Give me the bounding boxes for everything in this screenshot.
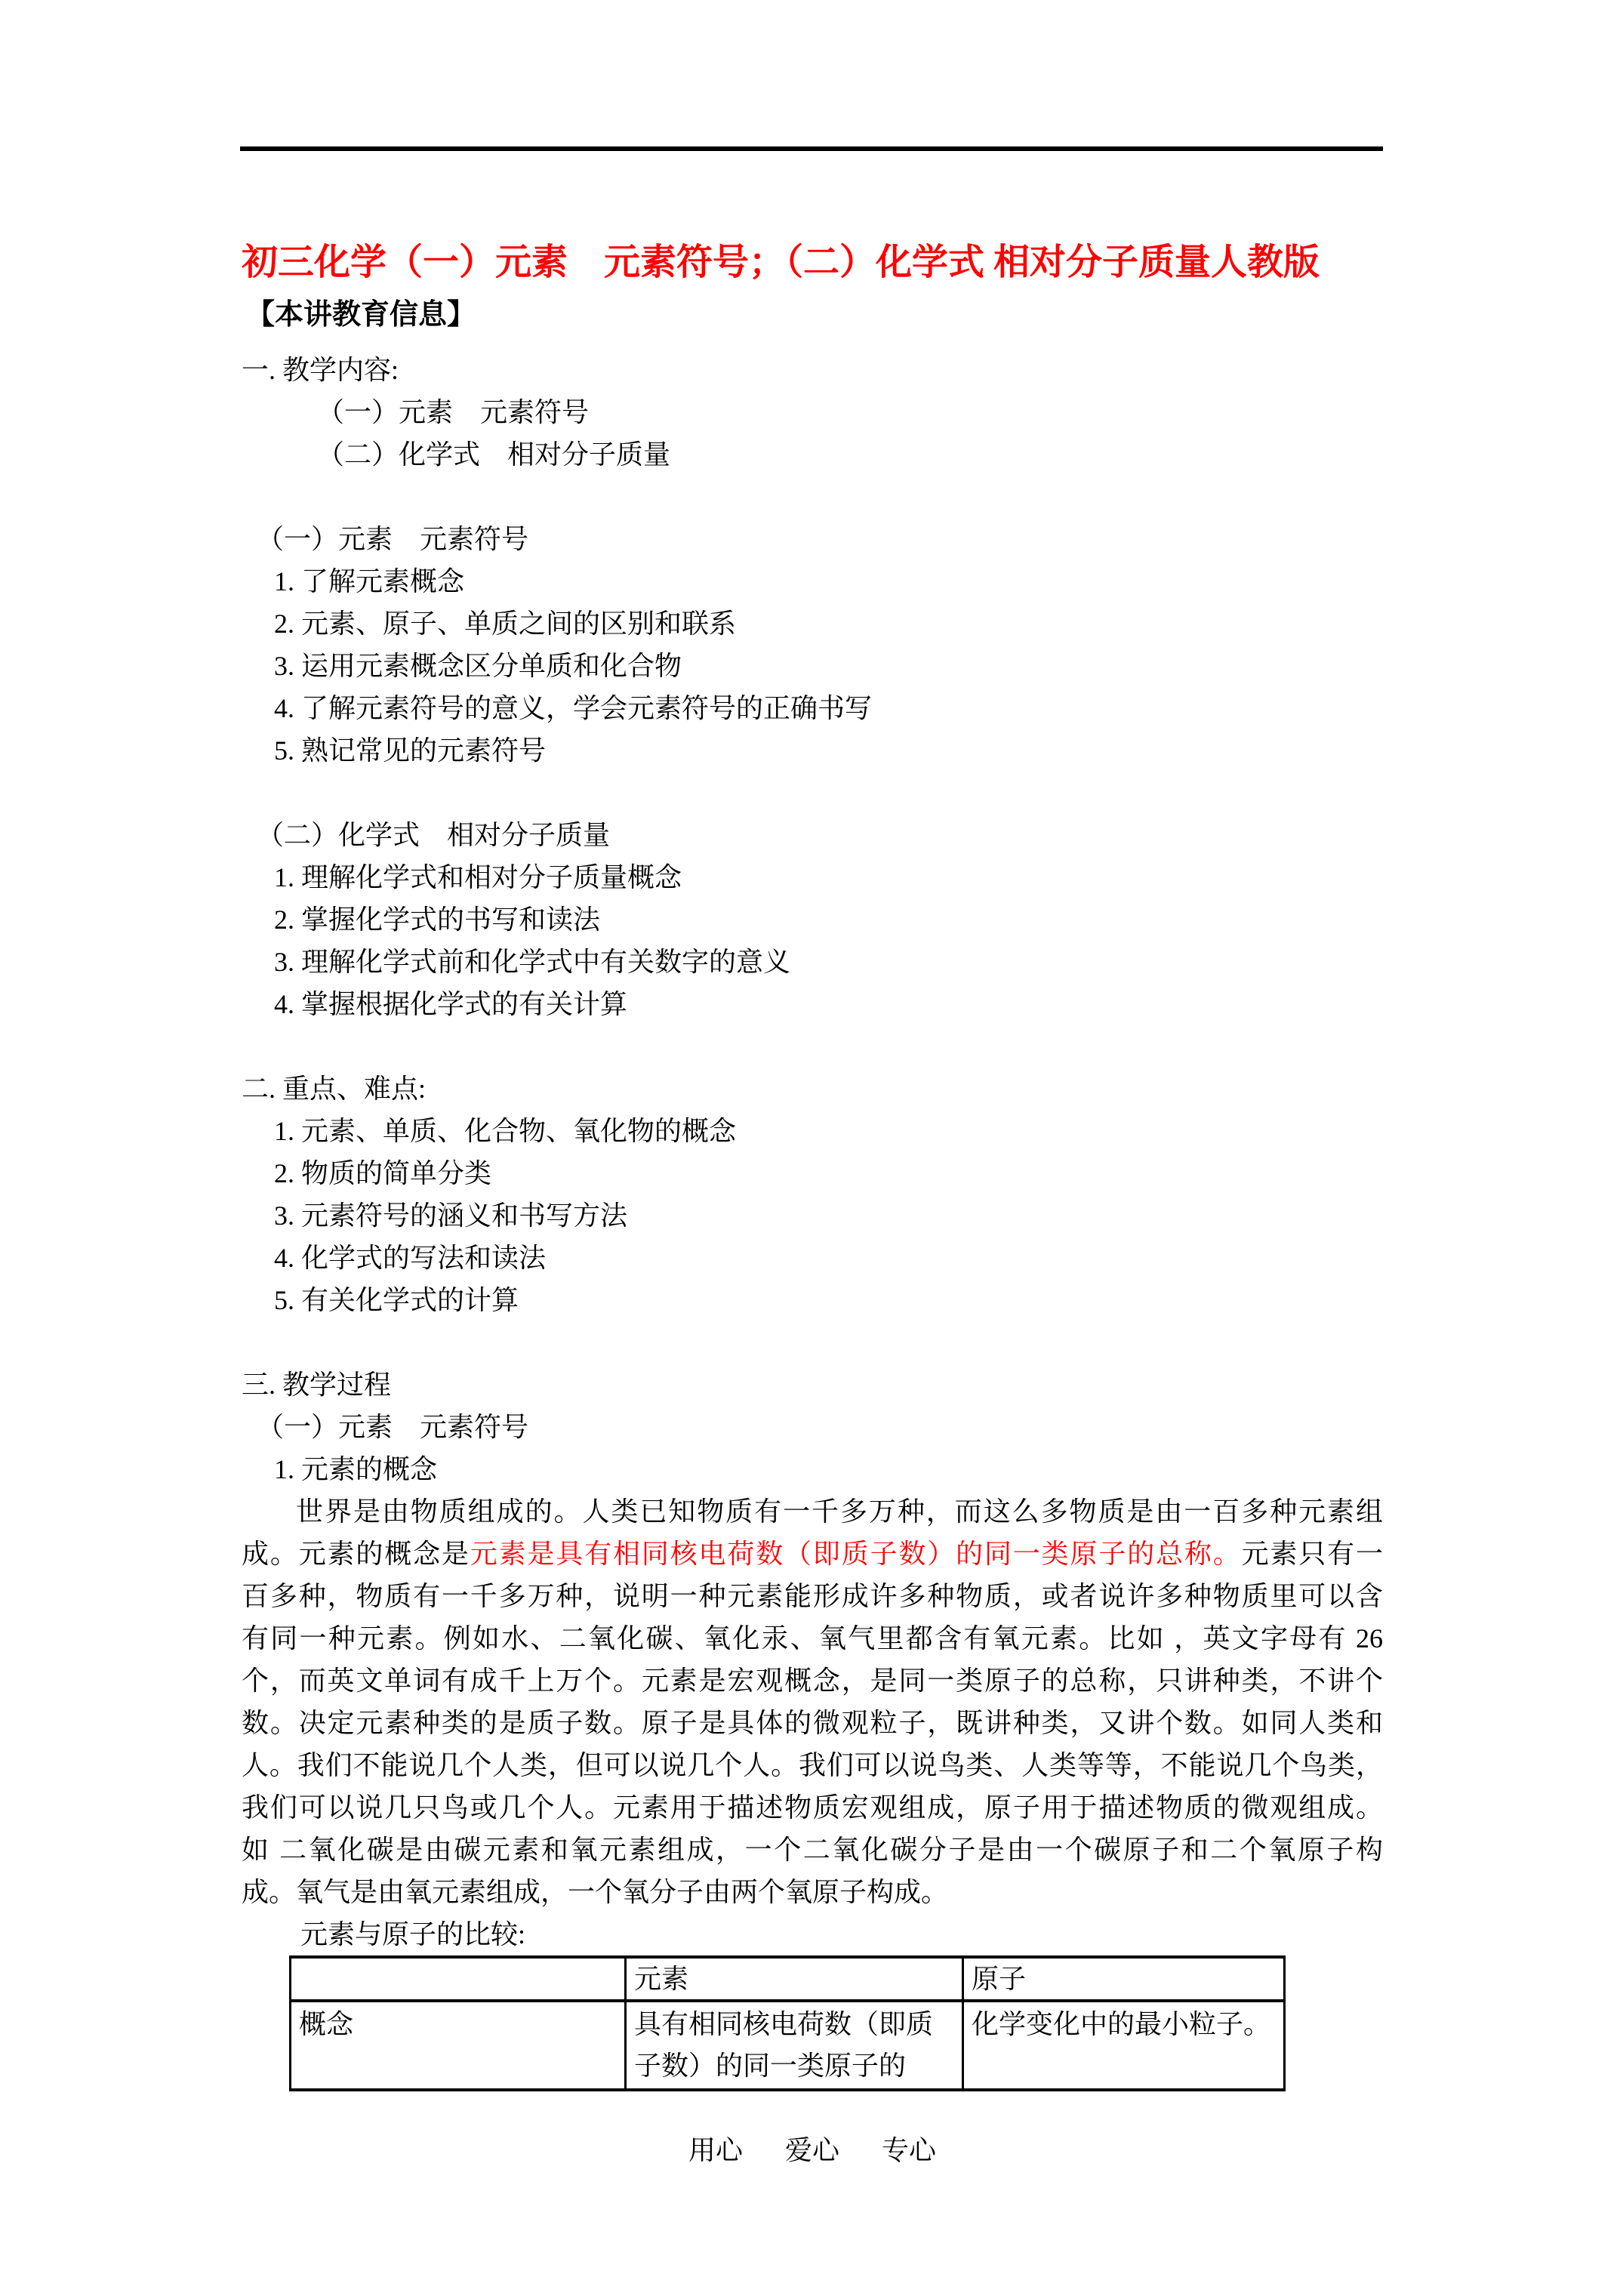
- table-cell: 具有相同核电荷数（即质子数）的同一类原子的: [626, 2001, 963, 2090]
- text-line: 4. 了解元素符号的意义，学会元素符号的正确书写: [242, 687, 1383, 729]
- text-segment: （一）元素 元素符号: [257, 524, 528, 554]
- footer-word: 用心: [688, 2135, 743, 2165]
- text-segment: 百多种，物质有一千多万种，说明一种元素能形成许多种物质，或者说许多种物质里可以含: [242, 1581, 1383, 1611]
- footer-word: 专心: [882, 2135, 936, 2165]
- table-row: 概念具有相同核电荷数（即质子数）的同一类原子的化学变化中的最小粒子。: [291, 2001, 1285, 2090]
- text-segment: 有同一种元素。例如水、二氧化碳、氧化汞、氧气里都含有氧元素。比如 ，英文字母有 …: [242, 1623, 1383, 1653]
- document-page: 初三化学（一）元素 元素符号；（二）化学式 相对分子质量人教版 【本讲教育信息】…: [0, 0, 1623, 2296]
- text-line: 1. 理解化学式和相对分子质量概念: [242, 856, 1383, 898]
- text-line: （二）化学式 相对分子质量: [242, 433, 1383, 476]
- text-line: 1. 元素的概念: [242, 1448, 1383, 1490]
- document-title: 初三化学（一）元素 元素符号；（二）化学式 相对分子质量人教版: [242, 236, 1383, 290]
- text-segment: 2. 元素、原子、单质之间的区别和联系: [274, 609, 736, 639]
- document-flow: 一. 教学内容:（一）元素 元素符号（二）化学式 相对分子质量 （一）元素 元素…: [242, 349, 1383, 1955]
- text-segment: 5. 有关化学式的计算: [274, 1285, 519, 1315]
- text-segment: 我们可以说几只鸟或几个人。元素用于描述物质宏观组成，原子用于描述物质的微观组成。: [242, 1792, 1383, 1823]
- text-line: 2. 掌握化学式的书写和读法: [242, 898, 1383, 941]
- text-segment: 2. 掌握化学式的书写和读法: [274, 905, 600, 935]
- text-line: 有同一种元素。例如水、二氧化碳、氧化汞、氧气里都含有氧元素。比如 ，英文字母有 …: [242, 1617, 1383, 1660]
- text-segment: 三. 教学过程: [242, 1370, 391, 1400]
- document-content: 初三化学（一）元素 元素符号；（二）化学式 相对分子质量人教版 【本讲教育信息】…: [242, 0, 1383, 2165]
- text-line: 数。决定元素种类的是质子数。原子是具体的微观粒子，既讲种类，又讲个数。如同人类和: [242, 1702, 1383, 1744]
- text-segment: 1. 理解化学式和相对分子质量概念: [274, 862, 682, 892]
- text-segment: （一）元素 元素符号: [257, 1412, 528, 1442]
- table-cell: 概念: [291, 2001, 626, 2090]
- table-header-cell: 原子: [963, 1957, 1285, 2001]
- text-line: 成。元素的概念是元素是具有相同核电荷数（即质子数）的同一类原子的总称。元素只有一: [242, 1533, 1383, 1575]
- footer-word: 爱心: [785, 2135, 839, 2165]
- table-header-cell: 元素: [626, 1957, 963, 2001]
- text-line: 5. 有关化学式的计算: [242, 1279, 1383, 1321]
- comparison-table: 元素原子概念具有相同核电荷数（即质子数）的同一类原子的化学变化中的最小粒子。: [289, 1955, 1286, 2091]
- text-line: 5. 熟记常见的元素符号: [242, 729, 1383, 772]
- text-segment: 世界是由物质组成的。人类已知物质有一千多万种，而这么多物质是由一百多种元素组: [296, 1496, 1383, 1527]
- table-header-row: 元素原子: [291, 1957, 1285, 2001]
- text-segment: 如 二氧化碳是由碳元素和氧元素组成，一个二氧化碳分子是由一个碳原子和二个氧原子构: [242, 1835, 1383, 1865]
- text-line: （一）元素 元素符号: [242, 1406, 1383, 1448]
- text-line: 4. 化学式的写法和读法: [242, 1237, 1383, 1279]
- blank-line: [242, 1025, 1383, 1068]
- table-cell: 化学变化中的最小粒子。: [963, 2001, 1285, 2090]
- red-emphasis: 元素是具有相同核电荷数（即质子数）的同一类原子的总称。: [470, 1539, 1242, 1569]
- text-line: 4. 掌握根据化学式的有关计算: [242, 983, 1383, 1025]
- text-segment: 人。我们不能说几个人类，但可以说几个人。我们可以说鸟类、人类等等，不能说几个鸟类…: [242, 1750, 1383, 1780]
- text-segment: （一）元素 元素符号: [317, 397, 589, 427]
- text-segment: 一. 教学内容:: [242, 355, 399, 385]
- text-line: 元素与原子的比较:: [242, 1913, 1383, 1955]
- text-segment: 1. 元素的概念: [274, 1454, 437, 1484]
- text-line: 2. 元素、原子、单质之间的区别和联系: [242, 603, 1383, 645]
- text-segment: 元素只有一: [1242, 1539, 1383, 1569]
- text-line: 世界是由物质组成的。人类已知物质有一千多万种，而这么多物质是由一百多种元素组: [242, 1490, 1383, 1533]
- info-header: 【本讲教育信息】: [242, 293, 1383, 337]
- blank-line: [242, 476, 1383, 518]
- blank-line: [242, 772, 1383, 814]
- blank-line: [242, 1321, 1383, 1364]
- text-line: 3. 理解化学式前和化学式中有关数字的意义: [242, 941, 1383, 983]
- text-line: 成。氧气是由氧元素组成，一个氧分子由两个氧原子构成。: [242, 1871, 1383, 1913]
- text-segment: 4. 化学式的写法和读法: [274, 1243, 546, 1273]
- text-line: （二）化学式 相对分子质量: [242, 814, 1383, 856]
- text-segment: 1. 元素、单质、化合物、氧化物的概念: [274, 1116, 736, 1146]
- text-line: 一. 教学内容:: [242, 349, 1383, 391]
- text-segment: 二. 重点、难点:: [242, 1074, 426, 1104]
- text-line: 百多种，物质有一千多万种，说明一种元素能形成许多种物质，或者说许多种物质里可以含: [242, 1575, 1383, 1617]
- text-line: 1. 元素、单质、化合物、氧化物的概念: [242, 1110, 1383, 1152]
- text-line: 3. 运用元素概念区分单质和化合物: [242, 645, 1383, 687]
- text-segment: （二）化学式 相对分子质量: [257, 820, 610, 850]
- text-segment: 3. 理解化学式前和化学式中有关数字的意义: [274, 947, 790, 977]
- text-line: 人。我们不能说几个人类，但可以说几个人。我们可以说鸟类、人类等等，不能说几个鸟类…: [242, 1744, 1383, 1786]
- text-line: 2. 物质的简单分类: [242, 1152, 1383, 1194]
- page-footer: 用心爱心专心: [242, 2135, 1383, 2165]
- text-line: 我们可以说几只鸟或几个人。元素用于描述物质宏观组成，原子用于描述物质的微观组成。: [242, 1786, 1383, 1829]
- text-segment: 个，而英文单词有成千上万个。元素是宏观概念，是同一类原子的总称，只讲种类，不讲个: [242, 1666, 1383, 1696]
- table-header-cell: [291, 1957, 626, 2001]
- text-line: 二. 重点、难点:: [242, 1068, 1383, 1110]
- text-segment: 3. 运用元素概念区分单质和化合物: [274, 651, 682, 681]
- text-segment: 4. 了解元素符号的意义，学会元素符号的正确书写: [274, 693, 872, 723]
- text-line: 三. 教学过程: [242, 1364, 1383, 1406]
- text-segment: 成。元素的概念是: [242, 1539, 470, 1569]
- text-segment: 5. 熟记常见的元素符号: [274, 735, 546, 766]
- text-segment: 成。氧气是由氧元素组成，一个氧分子由两个氧原子构成。: [242, 1877, 948, 1907]
- text-segment: 4. 掌握根据化学式的有关计算: [274, 989, 627, 1019]
- text-segment: （二）化学式 相对分子质量: [317, 439, 670, 470]
- text-segment: 1. 了解元素概念: [274, 566, 464, 596]
- text-segment: 数。决定元素种类的是质子数。原子是具体的微观粒子，既讲种类，又讲个数。如同人类和: [242, 1708, 1383, 1738]
- text-line: 3. 元素符号的涵义和书写方法: [242, 1194, 1383, 1237]
- text-line: （一）元素 元素符号: [242, 518, 1383, 560]
- horizontal-rule: [240, 146, 1383, 151]
- text-segment: 3. 元素符号的涵义和书写方法: [274, 1200, 627, 1231]
- text-line: （一）元素 元素符号: [242, 391, 1383, 433]
- text-segment: 元素与原子的比较:: [300, 1919, 525, 1949]
- text-segment: 2. 物质的简单分类: [274, 1158, 491, 1188]
- text-line: 1. 了解元素概念: [242, 560, 1383, 603]
- text-line: 如 二氧化碳是由碳元素和氧元素组成，一个二氧化碳分子是由一个碳原子和二个氧原子构: [242, 1829, 1383, 1871]
- text-line: 个，而英文单词有成千上万个。元素是宏观概念，是同一类原子的总称，只讲种类，不讲个: [242, 1660, 1383, 1702]
